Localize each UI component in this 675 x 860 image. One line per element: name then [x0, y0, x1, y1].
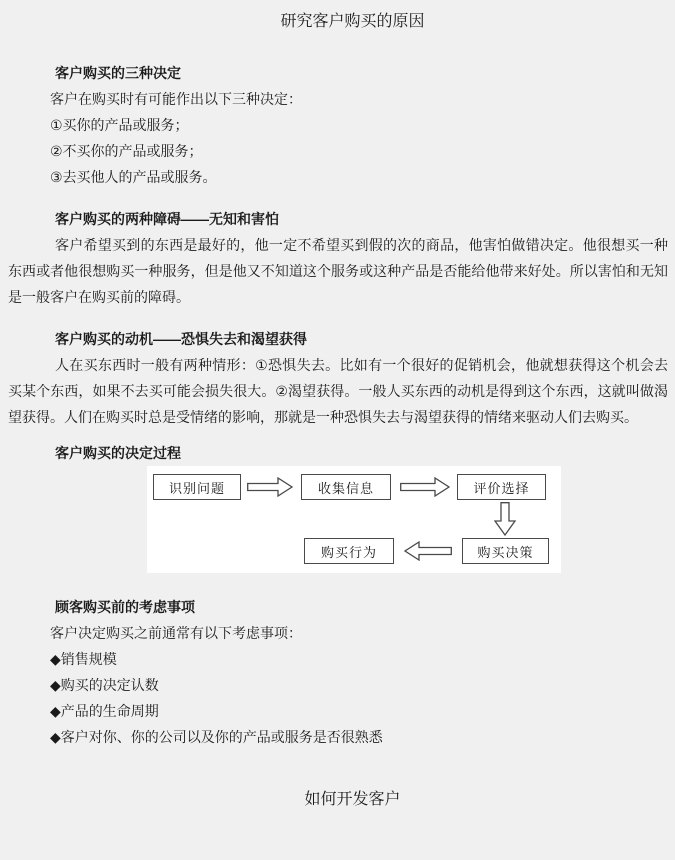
list-item-consideration-1: ◆销售规模	[50, 646, 675, 672]
flowchart-node-identify-problem: 识别问题	[153, 474, 241, 500]
list-item-consideration-4: ◆客户对你、你的公司以及你的产品或服务是否很熟悉	[50, 724, 675, 750]
arrow-right-icon	[247, 477, 293, 497]
section-heading-motives: 客户购买的动机——恐惧失去和渴望获得	[55, 326, 675, 352]
list-item-decision-3: ③去买他人的产品或服务。	[50, 164, 675, 190]
list-item-decision-2: ②不买你的产品或服务；	[50, 138, 675, 164]
list-item-consideration-2: ◆购买的决定认数	[50, 672, 675, 698]
section-intro-considerations: 客户决定购买之前通常有以下考虑事项：	[50, 620, 675, 646]
section-paragraph-motives: 人在买东西时一般有两种情形：①恐惧失去。比如有一个很好的促销机会，他就想获得这个…	[8, 352, 668, 430]
page-title: 研究客户购买的原因	[30, 12, 675, 32]
section-heading-considerations: 顾客购买前的考虑事项	[55, 594, 675, 620]
section-intro-three-decisions: 客户在购买时有可能作出以下三种决定：	[50, 86, 675, 112]
list-item-decision-1: ①买你的产品或服务；	[50, 112, 675, 138]
flowchart-node-purchase-decision: 购买决策	[462, 538, 549, 564]
decision-process-flowchart: 识别问题 收集信息 评价选择 购买决策 购买行为	[147, 466, 561, 573]
list-item-consideration-3: ◆产品的生命周期	[50, 698, 675, 724]
section-paragraph-two-obstacles: 客户希望买到的东西是最好的，他一定不希望买到假的次的商品，他害怕做错决定。他很想…	[8, 232, 668, 310]
arrow-right-icon	[400, 477, 450, 497]
flowchart-node-purchase-behavior: 购买行为	[304, 538, 394, 564]
flowchart-node-evaluate-options: 评价选择	[457, 474, 546, 500]
section-heading-three-decisions: 客户购买的三种决定	[55, 60, 675, 86]
section-heading-decision-process: 客户购买的决定过程	[55, 440, 675, 466]
document-page: { "colors": { "page_background": "#f0f0f…	[0, 0, 675, 860]
arrow-down-icon	[494, 502, 516, 536]
section-heading-two-obstacles: 客户购买的两种障碍——无知和害怕	[55, 206, 675, 232]
next-page-title: 如何开发客户	[30, 790, 675, 810]
arrow-left-icon	[403, 541, 452, 561]
flowchart-node-collect-information: 收集信息	[301, 474, 391, 500]
